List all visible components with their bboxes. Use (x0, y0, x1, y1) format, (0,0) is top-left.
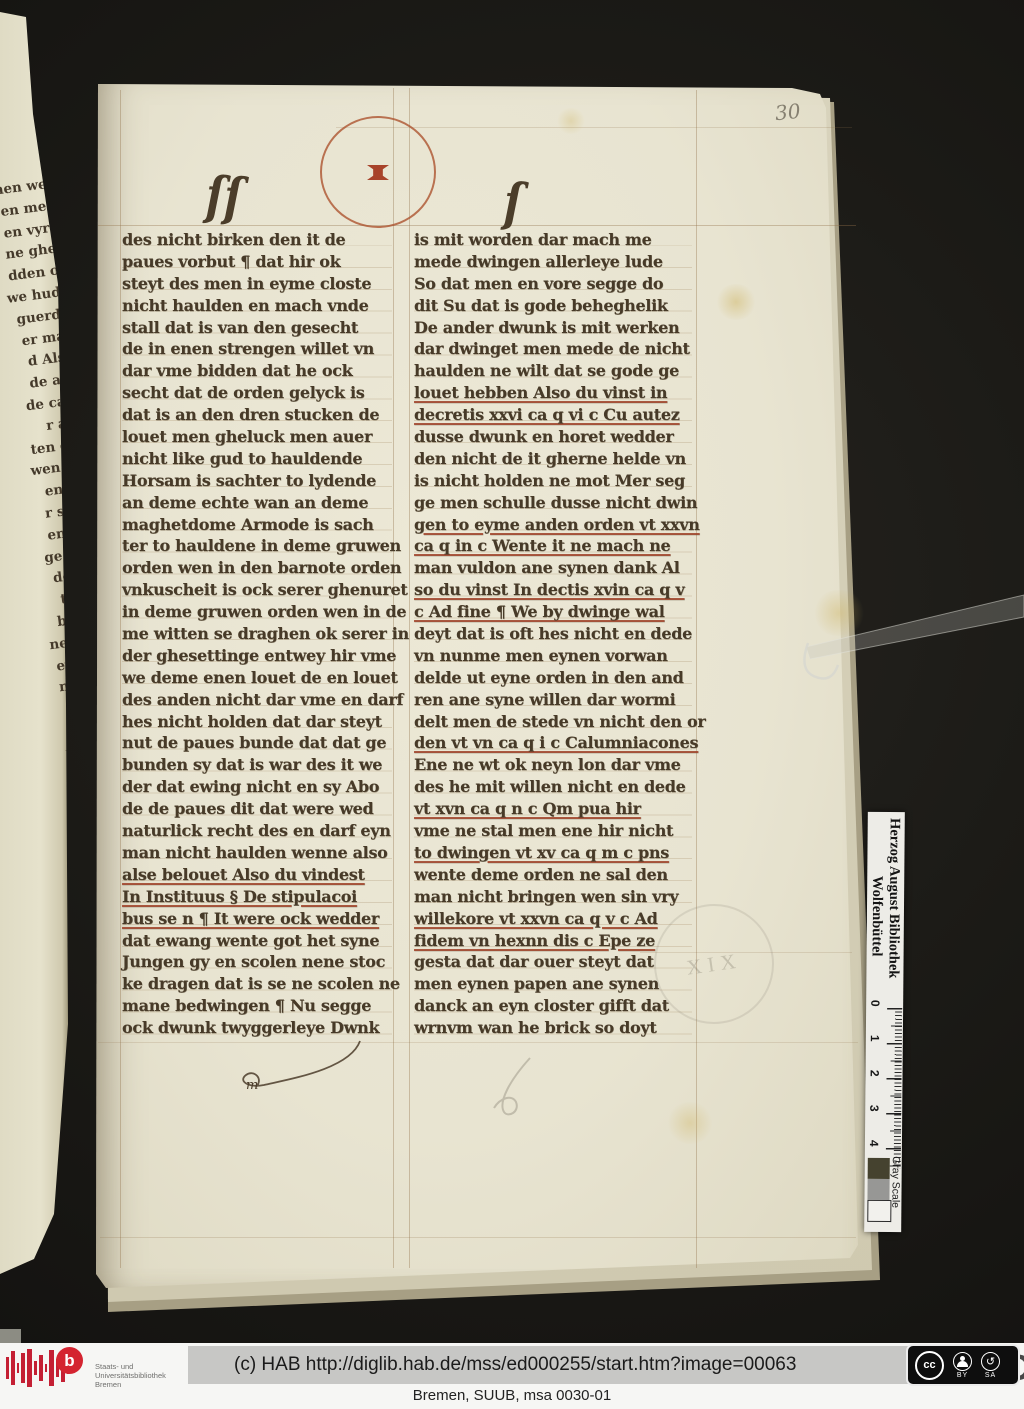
text-line: So dat men en vore segge do (414, 273, 692, 295)
plexi-strip (790, 585, 1024, 705)
text-line: dusse dwunk en horet wedder (414, 426, 692, 448)
text-line: nicht like gud to hauldende (122, 448, 392, 470)
text-line: maghetdome Armode is sach (122, 514, 392, 536)
text-line: stall dat is van den gesecht (122, 317, 392, 339)
copyright-strip: (c) HAB http://diglib.hab.de/mss/ed00025… (188, 1346, 908, 1384)
text-line: orden wen in den barnote orden (122, 557, 392, 579)
text-line: mane bedwingen ¶ Nu segge (122, 995, 392, 1017)
foxing-spot (556, 108, 586, 134)
paraph-mark: ſſ (205, 170, 243, 225)
pencil-squiggle (470, 1050, 560, 1120)
text-line: de de paues dit dat were wed (122, 798, 392, 820)
text-column-2: is mit worden dar mach memede dwingen al… (414, 229, 692, 1039)
sa-label: SA (985, 1372, 996, 1379)
table-edge-patch (0, 1329, 21, 1343)
text-line: den nicht de it gherne helde vn (414, 448, 692, 470)
text-line: delt men de stede vn nicht den or (414, 711, 692, 733)
by-label: BY (957, 1372, 968, 1379)
foxing-spot (715, 284, 757, 320)
paraph-mark: ſ (503, 176, 523, 230)
cc-by-badge: BY (953, 1352, 972, 1379)
ruler-ticks (885, 1008, 902, 1168)
text-line: man nicht haulden wenne also (122, 842, 392, 864)
text-line: des anden nicht dar vme en darf (122, 689, 392, 711)
catchword-flourish: m (230, 1035, 370, 1095)
text-line: der ghesettinge entwey hir vme (122, 645, 392, 667)
text-line: man vuldon ane synen dank Al (414, 557, 692, 579)
suub-library-name: Staats- undUniversitätsbibliothekBremen (95, 1362, 166, 1389)
suub-library-name-line: Bremen (95, 1380, 166, 1389)
text-line: wente deme orden ne sal den (414, 864, 692, 886)
ruler-number: 3 (867, 1105, 881, 1112)
ruled-line-horizontal (98, 1042, 858, 1043)
text-line: de in enen strengen willet vn (122, 338, 392, 360)
colorbar-title-line2: Wolfenbüttel (867, 818, 886, 1014)
ruled-line-horizontal (100, 1237, 856, 1238)
red-glyph (367, 165, 389, 180)
text-line: ca q in c Wente it ne mach ne (414, 535, 692, 557)
text-line: gesta dat dar ouer steyt dat (414, 951, 692, 973)
ruler-number: 4 (867, 1140, 881, 1147)
text-line: Horsam is sachter to lydende (122, 470, 392, 492)
text-line: so du vinst In dectis xvin ca q v (414, 579, 692, 601)
colorbar-title-line1: Herzog August Bibliothek (884, 818, 903, 1014)
text-line: secht dat de orden gelyck is (122, 382, 392, 404)
text-line: is nicht holden ne mot Mer seg (414, 470, 692, 492)
cc-sa-badge: ↺ SA (981, 1352, 1000, 1379)
grayscale-label: Gray Scale (889, 1156, 902, 1228)
text-line: steyt des men in eyme closte (122, 273, 392, 295)
text-line: Ene ne wt ok neyn lon dar vme (414, 754, 692, 776)
text-line: vt xvn ca q n c Qm pua hir (414, 798, 692, 820)
suub-library-name-line: Staats- und (95, 1362, 166, 1371)
text-line: Jungen gy en scolen nene stoc (122, 951, 392, 973)
grayscale-mid-patch (867, 1179, 889, 1200)
cc-license-badge: cc BY ↺ SA (906, 1344, 1020, 1386)
shelfmark-text: Bremen, SUUB, msa 0030-01 (312, 1387, 712, 1404)
text-line: we deme enen louet de en louet (122, 667, 392, 689)
text-line: delde ut eyne orden in den and (414, 667, 692, 689)
text-line: In Instituus § De stipulacoi (122, 886, 392, 908)
page-number: 30 (774, 99, 802, 126)
text-line: paues vorbut ¶ dat hir ok (122, 251, 392, 273)
text-line: vn nunme men eynen vorwan (414, 645, 692, 667)
ruler-number: 1 (868, 1035, 882, 1042)
ruler-number: 2 (868, 1070, 882, 1077)
text-line: an deme echte wan an deme (122, 492, 392, 514)
text-line: vme ne stal men ene hir nicht (414, 820, 692, 842)
text-line: dit Su dat is gode beheghelik (414, 295, 692, 317)
text-line: bus se n ¶ It were ock wedder (122, 908, 392, 930)
ruled-line-vertical (409, 88, 410, 1268)
text-line: nicht haulden en mach vnde (122, 295, 392, 317)
foxing-spot (666, 1102, 714, 1144)
colorbar-strip: Herzog August Bibliothek Wolfenbüttel 01… (864, 812, 905, 1232)
text-line: dar vme bidden dat he ock (122, 360, 392, 382)
text-line: man nicht bringen wen sin vry (414, 886, 692, 908)
text-line: ter to hauldene in deme gruwen (122, 535, 392, 557)
text-line: haulden ne wilt dat se gode ge (414, 360, 692, 382)
text-line: c Ad fine ¶ We by dwinge wal (414, 601, 692, 623)
text-line: dar dwinget men mede de nicht (414, 338, 692, 360)
digitized-manuscript-photo: nen wenen menen vyrdne gheldden olwe hud… (0, 0, 1024, 1409)
ruled-line-vertical (696, 90, 697, 1268)
footer-bar: b Staats- undUniversitätsbibliothekBreme… (0, 1343, 1024, 1409)
text-line: me witten se draghen ok serer in (122, 623, 392, 645)
text-line: mede dwingen allerleye lude (414, 251, 692, 273)
grayscale-dark-patch (868, 1158, 890, 1179)
ruled-line-vertical (120, 90, 121, 1268)
text-line: dat ewang wente got het syne (122, 930, 392, 952)
text-line: vnkuscheit is ock serer ghenuret (122, 579, 392, 601)
text-line: naturlick recht des en darf eyn (122, 820, 392, 842)
text-line: den vt vn ca q i c Calumniacones (414, 732, 692, 754)
svg-text:m: m (246, 1078, 258, 1093)
red-circle-annotation (320, 116, 436, 228)
text-line: des nicht birken den it de (122, 229, 392, 251)
share-alike-icon: ↺ (981, 1352, 1000, 1371)
text-line: ren ane syne willen dar wormi (414, 689, 692, 711)
suub-b-logo: b (56, 1347, 83, 1374)
text-line: hes nicht holden dat dar steyt (122, 711, 392, 733)
text-line: wrnvm wan he brick so doyt (414, 1017, 692, 1039)
text-line: decretis xxvi ca q vi c Cu autez (414, 404, 692, 426)
text-line: fidem vn hexnn dis c Epe ze (414, 930, 692, 952)
person-icon (953, 1352, 972, 1371)
text-line: De ander dwunk is mit werken (414, 317, 692, 339)
text-line: is mit worden dar mach me (414, 229, 692, 251)
text-line: bunden sy dat is war des it we (122, 754, 392, 776)
text-line: deyt dat is oft hes nicht en dede (414, 623, 692, 645)
text-column-1: des nicht birken den it depaues vorbut ¶… (122, 229, 392, 1039)
suub-library-name-line: Universitätsbibliothek (95, 1371, 166, 1380)
text-line: men eynen papen ane synen (414, 973, 692, 995)
ruler-number: 0 (868, 1000, 882, 1007)
cc-icon: cc (915, 1351, 944, 1380)
colorbar-title: Herzog August Bibliothek Wolfenbüttel (869, 818, 903, 1014)
text-line: louet men gheluck men auer (122, 426, 392, 448)
copyright-text: (c) HAB http://diglib.hab.de/mss/ed00025… (234, 1346, 796, 1384)
text-line: ge men schulle dusse nicht dwin (414, 492, 692, 514)
text-line: ke dragen dat is se ne scolen ne (122, 973, 392, 995)
ruler-numbers: 01234 (867, 1008, 882, 1168)
text-line: dat is an den dren stucken de (122, 404, 392, 426)
text-line: in deme gruwen orden wen in de (122, 601, 392, 623)
text-line: gen to eyme anden orden vt xxvn (414, 514, 692, 536)
text-line: to dwingen vt xv ca q m c pns (414, 842, 692, 864)
text-line: willekore vt xxvn ca q v c Ad (414, 908, 692, 930)
text-line: danck an eyn closter gifft dat (414, 995, 692, 1017)
text-line: der dat ewing nicht en sy Abo (122, 776, 392, 798)
facing-page-edge: nen wenen menen vyrdne gheldden olwe hud… (0, 4, 74, 1294)
text-line: alse belouet Also du vindest (122, 864, 392, 886)
text-line: des he mit willen nicht en dede (414, 776, 692, 798)
text-line: nut de paues bunde dat dat ge (122, 732, 392, 754)
text-line: louet hebben Also du vinst in (414, 382, 692, 404)
grayscale-white-patch (867, 1200, 891, 1222)
